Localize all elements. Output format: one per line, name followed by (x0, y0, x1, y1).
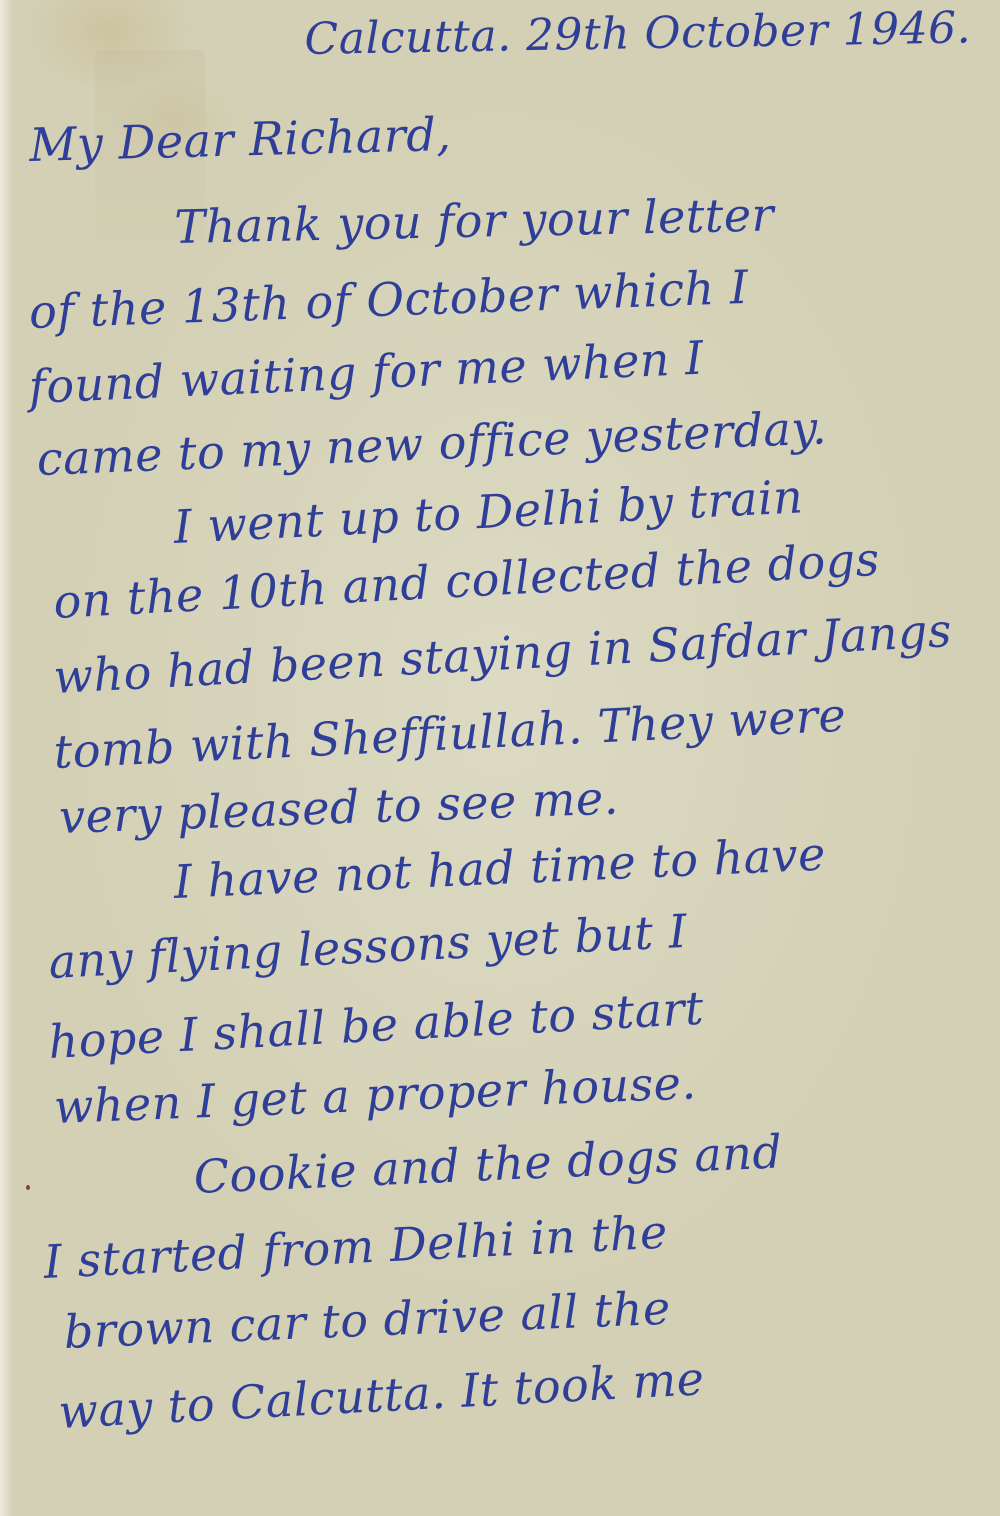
letter-page: Calcutta. 29th October 1946. My Dear Ric… (0, 0, 1000, 1516)
letter-line: Cookie and the dogs and (193, 1124, 784, 1204)
letter-line: any flying lessons yet but I (47, 904, 688, 989)
letter-line: very pleased to see me. (58, 770, 619, 844)
letter-line: of the 13th of October which I (28, 260, 749, 339)
letter-line: way to Calcutta. It took me (57, 1351, 706, 1439)
dateline: Calcutta. 29th October 1946. (304, 2, 971, 65)
salutation: My Dear Richard, (29, 107, 452, 172)
letter-line: when I get a proper house. (53, 1055, 698, 1134)
letter-line: I have not had time to have (173, 827, 827, 909)
letter-line: tomb with Sheffiullah. They were (52, 688, 847, 779)
ink-speck (26, 1185, 30, 1190)
letter-line: brown car to drive all the (63, 1281, 672, 1359)
letter-line: hope I shall be able to start (47, 981, 705, 1069)
letter-line: I started from Delhi in the (42, 1205, 669, 1289)
letter-line: found waiting for me when I (28, 331, 705, 414)
letter-line: Thank you for your letter (174, 187, 775, 254)
paper-edge (0, 0, 14, 1516)
